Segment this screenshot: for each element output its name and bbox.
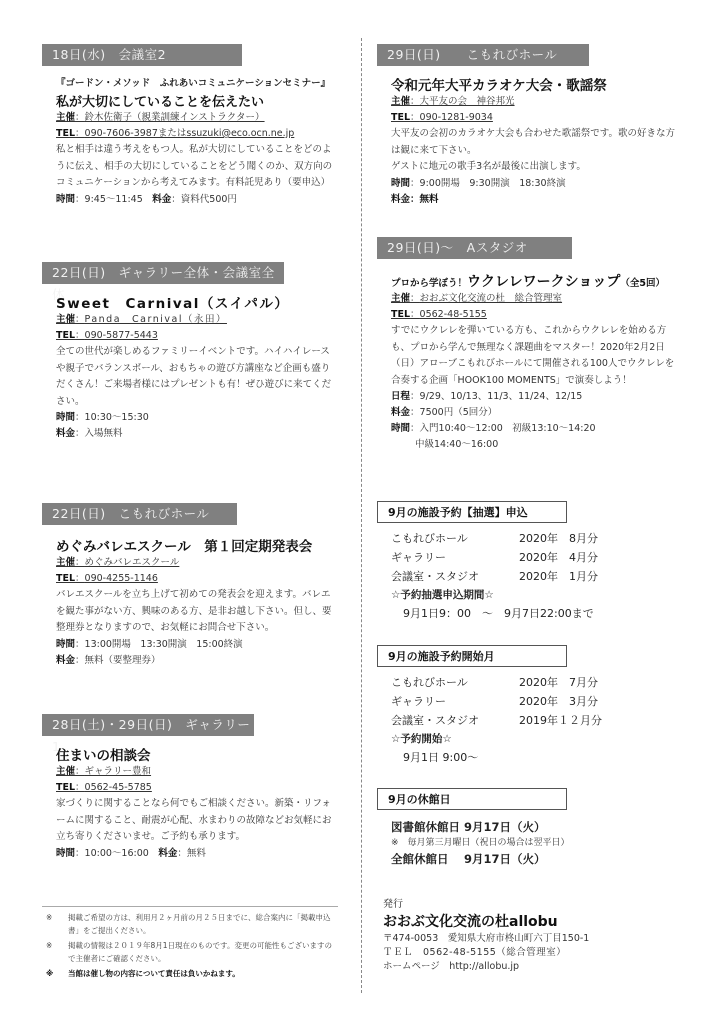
event-organizer: 主催：大平友の会 神谷邦光 — [377, 94, 687, 110]
event-organizer: 主催：鈴木佐衛子（親業訓練インストラクター） — [42, 110, 342, 126]
lottery-row: ギャラリー2020年 4月分 — [377, 548, 687, 567]
event-title: Sweet Carnival（スイパル） — [42, 292, 342, 312]
tel-link[interactable]: 0562-45-5785 — [85, 782, 152, 793]
event-fee: 料金：入場無料 — [42, 426, 342, 442]
column-divider — [361, 38, 362, 993]
event-organizer: 主催：めぐみバレエスクール — [42, 555, 342, 571]
event-card: 29日(日) こもれびホール 令和元年大平カラオケ大会・歌謡祭 主催：大平友の会… — [377, 44, 687, 208]
event-time-extra: 中級14:40～16:00 — [377, 437, 687, 453]
lottery-section: 9月の施設予約【抽選】申込 こもれびホール2020年 8月分 ギャラリー2020… — [377, 501, 687, 623]
event-header: 22日(日) こもれびホール — [42, 503, 237, 525]
event-description: バレエスクールを立ち上げて初めての発表会を迎えます。バレエを観た事がない方、興味… — [42, 587, 342, 637]
event-header: 18日(水) 会議室2 — [42, 44, 242, 66]
reservation-row: こもれびホール2020年 7月分 — [377, 673, 687, 692]
event-time: 時間：9:00開場 9:30開演 18:30終演 — [377, 176, 687, 192]
event-header: 28日(土)・29日(日) ギャラリー1 — [42, 714, 254, 736]
publisher-homepage[interactable]: ホームページ http://allobu.jp — [383, 960, 589, 974]
event-card: 29日(日)～ Aスタジオ プロから学ぼう！ウクレレワークショップ（全5回） 主… — [377, 237, 687, 453]
lottery-period: 9月1日9：00 ～ 9月7日22:00まで — [377, 604, 687, 623]
lottery-period-label: ☆予約抽選申込期間☆ — [377, 586, 687, 604]
event-fee: 料金：7500円（5回分） — [377, 405, 687, 421]
tel-link[interactable]: 090-5877-5443 — [85, 330, 158, 341]
event-tel: TEL：090-7606-3987またはssuzuki@eco.ocn.ne.j… — [42, 126, 342, 142]
event-time: 時間：13:00開場 13:30開演 15:00終演 — [42, 637, 342, 653]
footnote: ※当館は催し物の内容について責任は負いかねます。 — [42, 967, 338, 980]
event-header: 22日(日) ギャラリー全体・会議室全体 — [42, 262, 284, 284]
event-tel: TEL：0562-45-5785 — [42, 780, 342, 796]
library-closed-note: ※ 毎月第三月曜日（祝日の場合は翌平日） — [377, 836, 687, 850]
closed-days-section: 9月の休館日 図書館休館日 9月17日（火） ※ 毎月第三月曜日（祝日の場合は翌… — [377, 788, 687, 868]
reservation-start-section: 9月の施設予約開始月 こもれびホール2020年 7月分 ギャラリー2020年 3… — [377, 645, 687, 767]
event-schedule: 日程：9/29、10/13、11/3、11/24、12/15 — [377, 389, 687, 405]
event-description: 私と相手は違う考えをもつ人。私が大切にしていることをどのように伝え、相手の大切に… — [42, 142, 342, 192]
event-title: めぐみバレエスクール 第１回定期発表会 — [42, 535, 342, 555]
event-time-fee: 時間：10:00～16:00 料金：無料 — [42, 846, 342, 862]
all-closed-day: 全館休館日 9月17日（火） — [377, 850, 687, 868]
publisher-tel: ＴＥＬ 0562-48-5155（総合管理室） — [383, 946, 589, 960]
closed-days-header: 9月の休館日 — [377, 788, 567, 810]
event-tel: TEL：090-1281-9034 — [377, 110, 687, 126]
event-title: 私が大切にしていることを伝えたい — [42, 91, 342, 110]
event-organizer: 主催：ギャラリー豊和 — [42, 764, 342, 780]
event-title: 住まいの相談会 — [42, 744, 342, 764]
reservation-start-label: ☆予約開始☆ — [377, 730, 687, 748]
event-subtitle: 『ゴードン・メソッド ふれあいコミュニケーションセミナー』 — [42, 75, 342, 89]
footnote: ※掲載の情報は２０１９年8月1日現在のものです。変更の可能性もございますので主催… — [42, 939, 338, 965]
reservation-start-header: 9月の施設予約開始月 — [377, 645, 567, 667]
event-description-extra: ゲストに地元の歌手3名が最後に出演します。 — [377, 159, 687, 176]
event-description: 家づくりに関することなら何でもご相談ください。新築・リフォームに関すること、耐震… — [42, 796, 342, 846]
tel-link[interactable]: 090-1281-9034 — [420, 112, 493, 123]
publisher-name: おおぶ文化交流の杜allobu — [383, 912, 589, 932]
publisher-label: 発行 — [383, 898, 589, 912]
publisher-address: 〒474-0053 愛知県大府市柊山町六丁目150-1 — [383, 932, 589, 946]
event-organizer: 主催：Panda Carnival（永田） — [42, 312, 342, 328]
event-description: すでにウクレレを弾いている方も、これからウクレレを始める方も、プロから学んで無理… — [377, 323, 687, 389]
event-time: 時間：入門10:40～12:00 初級13:10～14:20 — [377, 421, 687, 437]
tel-link[interactable]: 090-7606-3987またはssuzuki@eco.ocn.ne.jp — [85, 128, 295, 139]
footnotes: ※掲載ご希望の方は、利用月２ヶ月前の月２５日までに、総合案内に「掲載申込書」をご… — [42, 906, 338, 982]
event-fee: 料金：無料（要整理券） — [42, 653, 342, 669]
library-closed-day: 図書館休館日 9月17日（火） — [377, 818, 687, 836]
reservation-row: 会議室・スタジオ2019年１２月分 — [377, 711, 687, 730]
event-description: 全ての世代が楽しめるファミリーイベントです。ハイハイレースや親子でバランスボール… — [42, 344, 342, 410]
event-card: 28日(土)・29日(日) ギャラリー1 住まいの相談会 主催：ギャラリー豊和 … — [42, 714, 342, 862]
tel-link[interactable]: 090-4255-1146 — [85, 573, 158, 584]
reservation-row: ギャラリー2020年 3月分 — [377, 692, 687, 711]
event-header: 29日(日) こもれびホール — [377, 44, 589, 66]
lottery-row: こもれびホール2020年 8月分 — [377, 529, 687, 548]
event-fee: 料金：無料 — [377, 192, 687, 208]
lottery-row: 会議室・スタジオ2020年 1月分 — [377, 567, 687, 586]
event-title: 令和元年大平カラオケ大会・歌謡祭 — [377, 74, 687, 94]
event-header: 29日(日)～ Aスタジオ — [377, 237, 572, 259]
reservation-start-time: 9月1日 9:00～ — [377, 748, 687, 767]
tel-link[interactable]: 0562-48-5155 — [420, 309, 487, 320]
publisher-info: 発行 おおぶ文化交流の杜allobu 〒474-0053 愛知県大府市柊山町六丁… — [383, 898, 589, 974]
event-description: 大平友の会初のカラオケ大会も合わせた歌謡祭です。歌の好きな方は観に来て下さい。 — [377, 126, 687, 159]
event-tel: TEL：0562-48-5155 — [377, 307, 687, 323]
event-tel: TEL：090-4255-1146 — [42, 571, 342, 587]
event-card: 22日(日) ギャラリー全体・会議室全体 Sweet Carnival（スイパル… — [42, 262, 342, 442]
event-card: 18日(水) 会議室2 『ゴードン・メソッド ふれあいコミュニケーションセミナー… — [42, 44, 342, 208]
footnote: ※掲載ご希望の方は、利用月２ヶ月前の月２５日までに、総合案内に「掲載申込書」をご… — [42, 911, 338, 937]
event-time: 時間：10:30～15:30 — [42, 410, 342, 426]
event-organizer: 主催：おおぶ文化交流の杜 総合管理室 — [377, 291, 687, 307]
event-card: 22日(日) こもれびホール めぐみバレエスクール 第１回定期発表会 主催：めぐ… — [42, 503, 342, 669]
lottery-header: 9月の施設予約【抽選】申込 — [377, 501, 567, 523]
event-tel: TEL：090-5877-5443 — [42, 328, 342, 344]
event-title: プロから学ぼう！ウクレレワークショップ（全5回） — [377, 271, 687, 291]
event-time-fee: 時間：9:45～11:45 料金：資料代500円 — [42, 192, 342, 208]
